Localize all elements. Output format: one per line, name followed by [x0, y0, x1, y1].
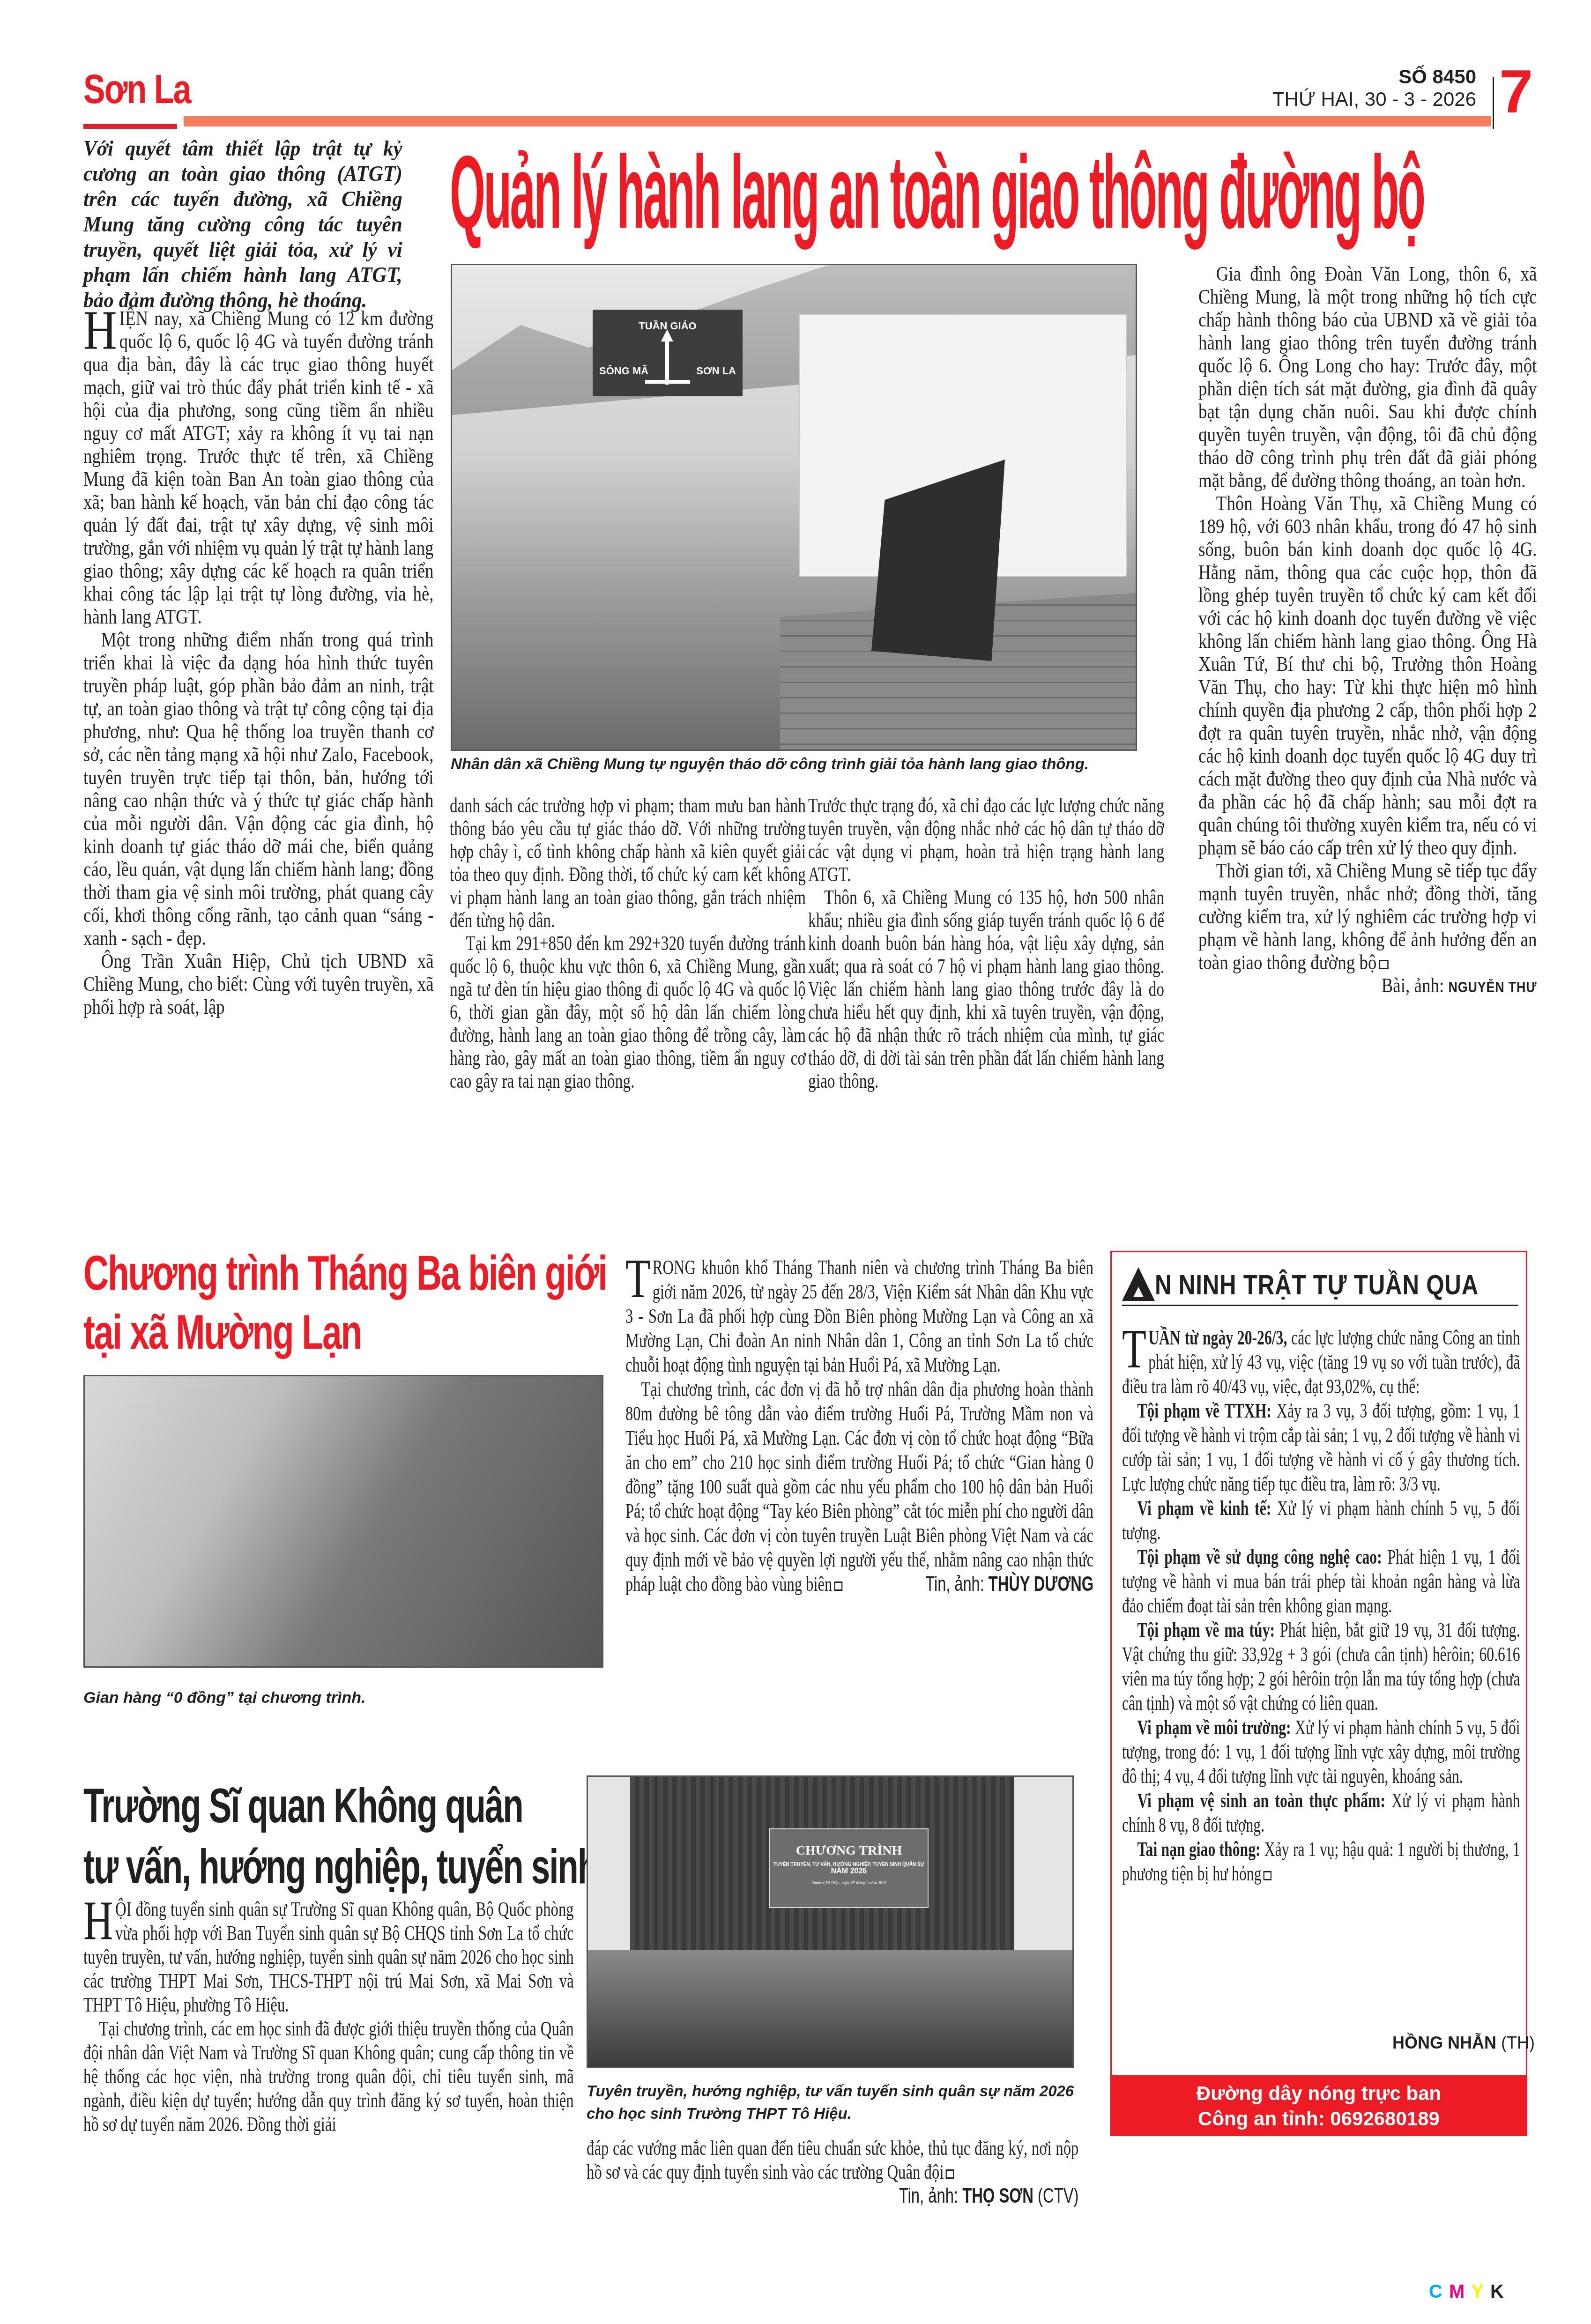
- security-item: Tội phạm về sử dụng công nghệ cao: Phát …: [1122, 1545, 1520, 1618]
- byline: Tin, ảnh: THỌ SƠN (CTV): [899, 2184, 1079, 2208]
- main-article-col3: Trước thực trạng đó, xã chỉ đạo các lực …: [808, 794, 1211, 1092]
- airforce-article-body-cont: đáp các vướng mắc liên quan đến tiêu chu…: [587, 2136, 1078, 2208]
- section-name: Sơn La: [83, 66, 190, 112]
- letter-a-logo-icon: [1122, 1267, 1155, 1301]
- security-item: Tội phạm về ma túy: Phát hiện, bắt giữ 1…: [1122, 1618, 1520, 1715]
- end-mark-icon: [1264, 1871, 1271, 1880]
- paragraph: Một trong những điểm nhấn trong quá trìn…: [83, 628, 434, 950]
- paragraph: Tại km 291+850 đến km 292+320 tuyến đườn…: [450, 932, 806, 1092]
- paragraph: Tại chương trình, các em học sinh đã đượ…: [83, 2017, 574, 2136]
- security-box-body: TUẦN từ ngày 20-26/3, các lực lượng chức…: [1122, 1326, 1520, 1886]
- cmyk-print-marks: CMYK: [1429, 2281, 1510, 2302]
- paragraph: HỘI đồng tuyển sinh quân sự Trường Sĩ qu…: [83, 1897, 574, 2017]
- main-article-col4: Gia đình ông Đoàn Văn Long, thôn 6, xã C…: [1198, 262, 1536, 999]
- author-name: NGUYỄN THƯ: [1448, 979, 1537, 995]
- border-article-body: TRONG khuôn khổ Tháng Thanh niên và chươ…: [625, 1255, 1094, 1596]
- hotline-line1: Đường dây nóng trực ban: [1110, 2081, 1527, 2106]
- end-mark-icon: [946, 2169, 954, 2179]
- security-item: Vi phạm về kinh tế: Xử lý vi phạm hành c…: [1122, 1496, 1520, 1545]
- end-mark-icon: [834, 1582, 843, 1591]
- paragraph: danh sách các trường hợp vi phạm; tham m…: [450, 794, 806, 932]
- security-item: Tội phạm về TTXH: Xảy ra 3 vụ, 3 đối tượ…: [1122, 1399, 1520, 1496]
- security-box-title: N NINH TRẬT TỰ TUẦN QUA: [1122, 1267, 1518, 1306]
- airforce-article-photo: CHƯƠNG TRÌNH TUYÊN TRUYỀN, TƯ VẤN, HƯỚNG…: [587, 1775, 1074, 2068]
- dropcap: H: [83, 309, 117, 352]
- issue-date: THỨ HAI, 30 - 3 - 2026: [1272, 88, 1476, 111]
- dropcap: T: [625, 1257, 650, 1300]
- byline: Bài, ảnh: NGUYỄN THƯ: [1198, 974, 1537, 999]
- border-photo-caption: Gian hàng “0 đồng” tại chương trình.: [83, 1689, 365, 1707]
- main-photo-caption: Nhân dân xã Chiềng Mung tự nguyện tháo d…: [451, 755, 1153, 773]
- issue-number: SỐ 8450: [1398, 66, 1476, 88]
- paragraph: Ông Trần Xuân Hiệp, Chủ tịch UBND xã Chi…: [83, 950, 434, 1018]
- main-article-col1: HIỆN nay, xã Chiềng Mung có 12 km đường …: [83, 307, 434, 1018]
- paragraph: Thôn 6, xã Chiềng Mung có 135 hộ, hơn 50…: [808, 886, 1164, 1092]
- paragraph: HIỆN nay, xã Chiềng Mung có 12 km đường …: [83, 307, 434, 628]
- header-rule: [184, 116, 1491, 126]
- main-article-sapo: Với quyết tâm thiết lập trật tự kỷ cương…: [83, 136, 402, 313]
- sign-left-label: SÔNG MÃ: [599, 365, 648, 377]
- page-number: 7: [1499, 61, 1533, 122]
- main-article-photo: TUẦN GIÁO SÔNG MÃ SƠN LA: [451, 264, 1137, 751]
- airforce-article-title: Trường Sĩ quan Không quân tư vấn, hướng …: [83, 1775, 477, 1897]
- paragraph: Tại chương trình, các đơn vị đã hỗ trợ n…: [625, 1377, 1093, 1596]
- paragraph: TUẦN từ ngày 20-26/3, các lực lượng chức…: [1122, 1326, 1520, 1399]
- paragraph: Trước thực trạng đó, xã chỉ đạo các lực …: [808, 794, 1164, 886]
- main-article-title: Quản lý hành lang an toàn giao thông đườ…: [450, 141, 1118, 244]
- paragraph: đáp các vướng mắc liên quan đến tiêu chu…: [587, 2136, 1078, 2184]
- airforce-article-body: HỘI đồng tuyển sinh quân sự Trường Sĩ qu…: [83, 1897, 575, 2136]
- dropcap: T: [1122, 1328, 1146, 1371]
- paragraph: TRONG khuôn khổ Tháng Thanh niên và chươ…: [625, 1255, 1093, 1377]
- byline: Tin, ảnh: THÙY DƯƠNG: [910, 1572, 1093, 1596]
- audience: [588, 1950, 1072, 2068]
- paragraph: Gia đình ông Đoàn Văn Long, thôn 6, xã C…: [1198, 262, 1537, 492]
- hotline-banner: Đường dây nóng trực ban Công an tỉnh: 06…: [1110, 2075, 1527, 2136]
- security-item: Vi phạm vệ sinh an toàn thực phẩm: Xử lý…: [1122, 1789, 1520, 1837]
- road-sign: TUẦN GIÁO SÔNG MÃ SƠN LA: [593, 310, 743, 396]
- security-item: Vi phạm về môi trường: Xử lý vi phạm hàn…: [1122, 1715, 1520, 1789]
- dropcap: H: [83, 1899, 113, 1942]
- stage-banner: CHƯƠNG TRÌNH TUYÊN TRUYỀN, TƯ VẤN, HƯỚNG…: [769, 1828, 929, 1908]
- border-article-title: Chương trình Tháng Ba biên giới tại xã M…: [83, 1244, 471, 1362]
- paragraph: Thôn Hoàng Văn Thụ, xã Chiềng Mung có 18…: [1198, 492, 1537, 859]
- border-article-photo: [83, 1375, 603, 1668]
- security-item: Tai nạn giao thông: Xảy ra 1 vụ; hậu quả…: [1122, 1837, 1520, 1886]
- section-underline: [83, 124, 177, 129]
- sign-right-label: SƠN LA: [696, 365, 736, 377]
- main-article-col2: danh sách các trường hợp vi phạm; tham m…: [450, 794, 853, 1092]
- paragraph: Thời gian tới, xã Chiềng Mung sẽ tiếp tụ…: [1198, 859, 1537, 974]
- hotline-line2: Công an tỉnh: 0692680189: [1110, 2106, 1527, 2131]
- airforce-photo-caption: Tuyên truyền, hướng nghiệp, tư vấn tuyển…: [587, 2080, 1083, 2125]
- page-separator: [1493, 77, 1494, 129]
- end-mark-icon: [1379, 960, 1388, 969]
- security-box-author: HỒNG NHẪN (TH): [1392, 2033, 1535, 2053]
